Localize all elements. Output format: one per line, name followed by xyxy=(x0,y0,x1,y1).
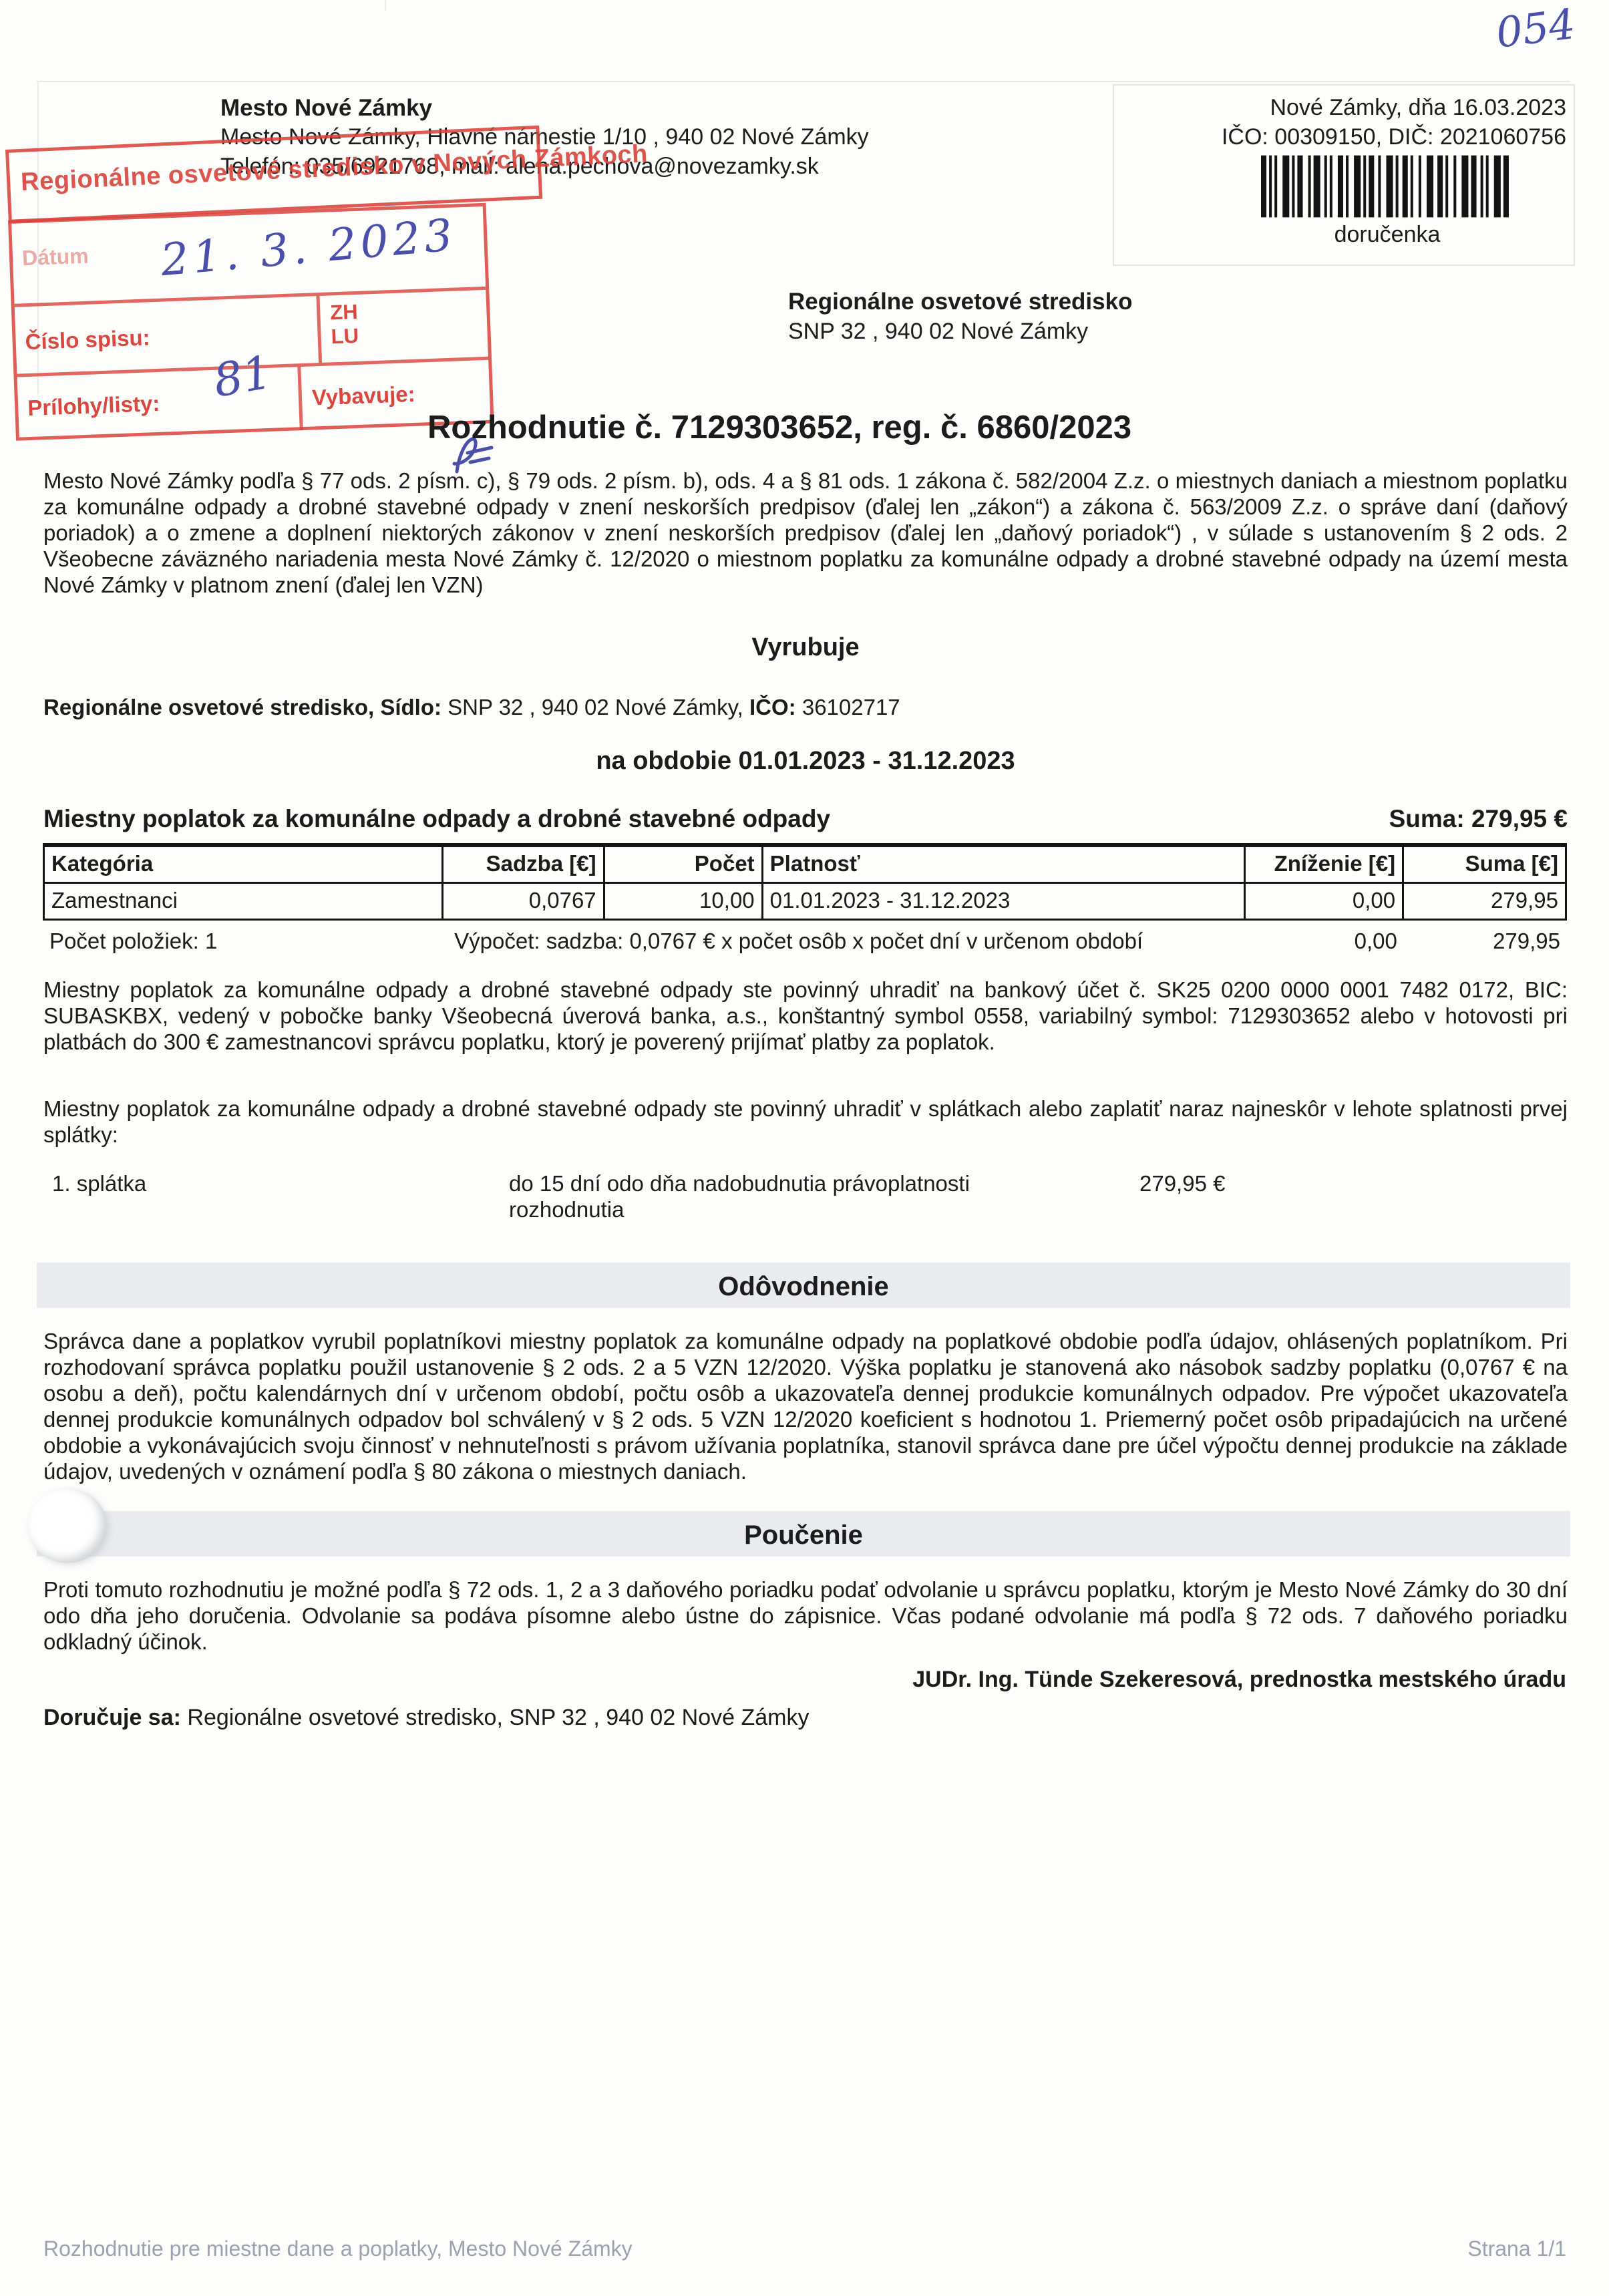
sender-name: Mesto Nové Zámky xyxy=(220,95,432,122)
place-date-line: Nové Zámky, dňa 16.03.2023 xyxy=(1135,95,1566,121)
recipient-name: Regionálne osvetové stredisko xyxy=(788,289,1132,315)
handwritten-corner-number: 054 xyxy=(1493,0,1578,57)
col-pocet: Počet xyxy=(604,845,762,883)
fee-table-header-row: Kategória Sadzba [€] Počet Platnosť Zníž… xyxy=(44,845,1566,883)
items-count: Počet položiek: 1 xyxy=(49,929,217,954)
scanned-decision-document: 054 Mesto Nové Zámky Mesto Nové Zámky, H… xyxy=(0,0,1609,2296)
delivery-line: Doručuje sa: Regionálne osvetové stredis… xyxy=(43,1705,810,1731)
col-suma: Suma [€] xyxy=(1403,845,1566,883)
col-znizenie: Zníženie [€] xyxy=(1245,845,1403,883)
ico-dic-line: IČO: 00309150, DIČ: 2021060756 xyxy=(1135,124,1566,150)
installment-amount: 279,95 € xyxy=(1139,1170,1225,1196)
stamp-datum-label: Dátum xyxy=(21,244,89,271)
stamp-divider xyxy=(316,296,322,363)
fee-section-sum: Suma: 279,95 € xyxy=(1269,805,1568,833)
subject-ico-value: 36102717 xyxy=(796,695,900,719)
fee-table-data-row: Zamestnanci 0,0767 10,00 01.01.2023 - 31… xyxy=(44,883,1566,920)
cell-sadzba: 0,0767 xyxy=(443,883,604,920)
col-kategoria: Kategória xyxy=(44,845,443,883)
decision-title: Rozhodnutie č. 7129303652, reg. č. 6860/… xyxy=(427,409,1131,446)
fee-section-title: Miestny poplatok za komunálne odpady a d… xyxy=(43,805,830,833)
cell-pocet: 10,00 xyxy=(604,883,762,920)
delivery-value: Regionálne osvetové stredisko, SNP 32 , … xyxy=(181,1705,810,1730)
barcode-label: doručenka xyxy=(1261,222,1513,248)
poucenie-heading: Poučenie xyxy=(37,1511,1570,1556)
calc-formula: Výpočet: sadzba: 0,0767 € x počet osôb x… xyxy=(454,929,1143,954)
stamp-zh-lu: ZHLU xyxy=(330,300,359,349)
stamp-prilohy-label: Prílohy/listy: xyxy=(27,391,160,421)
stamp-divider xyxy=(297,367,303,430)
recipient-address: SNP 32 , 940 02 Nové Zámky xyxy=(788,319,1088,345)
scan-artifact xyxy=(385,0,386,11)
summary-znizenie: 0,00 xyxy=(1355,929,1397,954)
letterhead-top-line xyxy=(37,81,1570,82)
col-platnost: Platnosť xyxy=(762,845,1244,883)
stamp-cislo-spisu-label: Číslo spisu: xyxy=(25,325,150,355)
odovodnenie-heading: Odôvodnenie xyxy=(37,1263,1570,1308)
col-sadzba: Sadzba [€] xyxy=(443,845,604,883)
subject-name-label: Regionálne osvetové stredisko, Sídlo: xyxy=(43,695,441,719)
fee-table-summary: Počet položiek: 1 Výpočet: sadzba: 0,076… xyxy=(43,929,1567,958)
subject-line: Regionálne osvetové stredisko, Sídlo: SN… xyxy=(43,695,900,720)
hole-punch-mark xyxy=(28,1488,107,1563)
cell-suma: 279,95 xyxy=(1403,883,1566,920)
subject-address: SNP 32 , 940 02 Nové Zámky, xyxy=(441,695,749,719)
fee-table-wrap: Kategória Sadzba [€] Počet Platnosť Zníž… xyxy=(43,843,1567,921)
intro-paragraph: Mesto Nové Zámky podľa § 77 ods. 2 písm.… xyxy=(43,468,1568,598)
footer-left: Rozhodnutie pre miestne dane a poplatky,… xyxy=(43,2237,633,2261)
installment-paragraph: Miestny poplatok za komunálne odpady a d… xyxy=(43,1096,1568,1148)
barcode xyxy=(1261,155,1513,218)
cell-znizenie: 0,00 xyxy=(1245,883,1403,920)
odovodnenie-paragraph: Správca dane a poplatkov vyrubil poplatn… xyxy=(43,1328,1568,1484)
handwritten-file-number: 81 xyxy=(210,346,276,408)
installment-terms: do 15 dní odo dňa nadobudnutia právoplat… xyxy=(509,1170,997,1222)
footer-page-number: Strana 1/1 xyxy=(1467,2237,1566,2261)
stamp-vybavuje-label: Vybavuje: xyxy=(311,381,415,411)
fee-table: Kategória Sadzba [€] Počet Platnosť Zníž… xyxy=(43,843,1567,921)
installment-label: 1. splátka xyxy=(52,1170,146,1196)
cell-kategoria: Zamestnanci xyxy=(44,883,443,920)
summary-suma: 279,95 xyxy=(1493,929,1560,954)
cell-platnost: 01.01.2023 - 31.12.2023 xyxy=(762,883,1244,920)
stamp-title: Regionálne osvetové stredisko v Nových Z… xyxy=(9,129,538,198)
period-heading: na obdobie 01.01.2023 - 31.12.2023 xyxy=(43,747,1568,776)
signature-line: JUDr. Ing. Tünde Szekeresová, prednostka… xyxy=(912,1667,1566,1693)
payment-paragraph: Miestny poplatok za komunálne odpady a d… xyxy=(43,977,1568,1055)
subject-ico-label: IČO: xyxy=(749,695,796,719)
vyrubuje-heading: Vyrubuje xyxy=(43,633,1568,662)
delivery-label: Doručuje sa: xyxy=(43,1705,181,1730)
poucenie-paragraph: Proti tomuto rozhodnutiu je možné podľa … xyxy=(43,1577,1568,1655)
